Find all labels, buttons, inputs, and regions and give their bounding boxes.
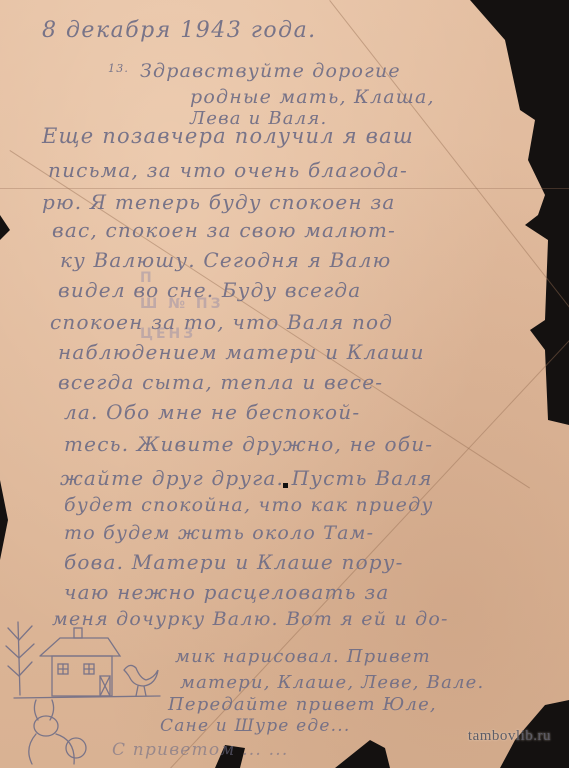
watermark: tambovlib.ru [468, 728, 551, 745]
letter-line: видел во сне. Буду всегда [58, 278, 361, 302]
letter-line: Еще позавчера получил я ваш [42, 124, 414, 148]
bird-icon [124, 665, 158, 696]
letter-line: жайте друг друга. Пусть Валя [60, 466, 433, 490]
letter-line: то будем жить около Там- [64, 522, 374, 544]
letter-line: Передайте привет Юле, [168, 694, 437, 715]
letter-line: спокоен за то, что Валя под [50, 310, 393, 334]
letter-line: рю. Я теперь буду спокоен за [42, 190, 396, 214]
letter-line: ла. Обо мне не беспокой- [64, 400, 360, 424]
letter-line: вас, спокоен за свою малют- [52, 218, 396, 242]
child-drawing [0, 600, 200, 768]
tree-icon [6, 622, 34, 695]
greeting-line: родные мать, Клаша, [190, 86, 435, 108]
greeting-line: Здравствуйте дорогие [140, 60, 401, 82]
letter-line: мик нарисовал. Привет [175, 646, 431, 667]
letter-line: матери, Клаше, Леве, Вале. [180, 672, 484, 693]
rabbit-icon [29, 700, 86, 764]
page-number: 13. [108, 62, 129, 75]
letter-line: ку Валюшу. Сегодня я Валю [60, 248, 391, 272]
letter-line: тесь. Живите дружно, не оби- [64, 432, 433, 456]
pinhole [283, 483, 288, 488]
letter-line: будет спокойна, что как приеду [64, 494, 434, 516]
letter-line: всегда сыта, тепла и весе- [58, 370, 383, 394]
letter-line: письма, за что очень благода- [48, 158, 408, 182]
letter-line: наблюдением матери и Клаши [58, 340, 425, 364]
letter-date: 8 декабря 1943 года. [42, 18, 317, 43]
letter-line: бова. Матери и Клаше пору- [64, 550, 404, 574]
fold-crease-horizontal [0, 188, 569, 189]
